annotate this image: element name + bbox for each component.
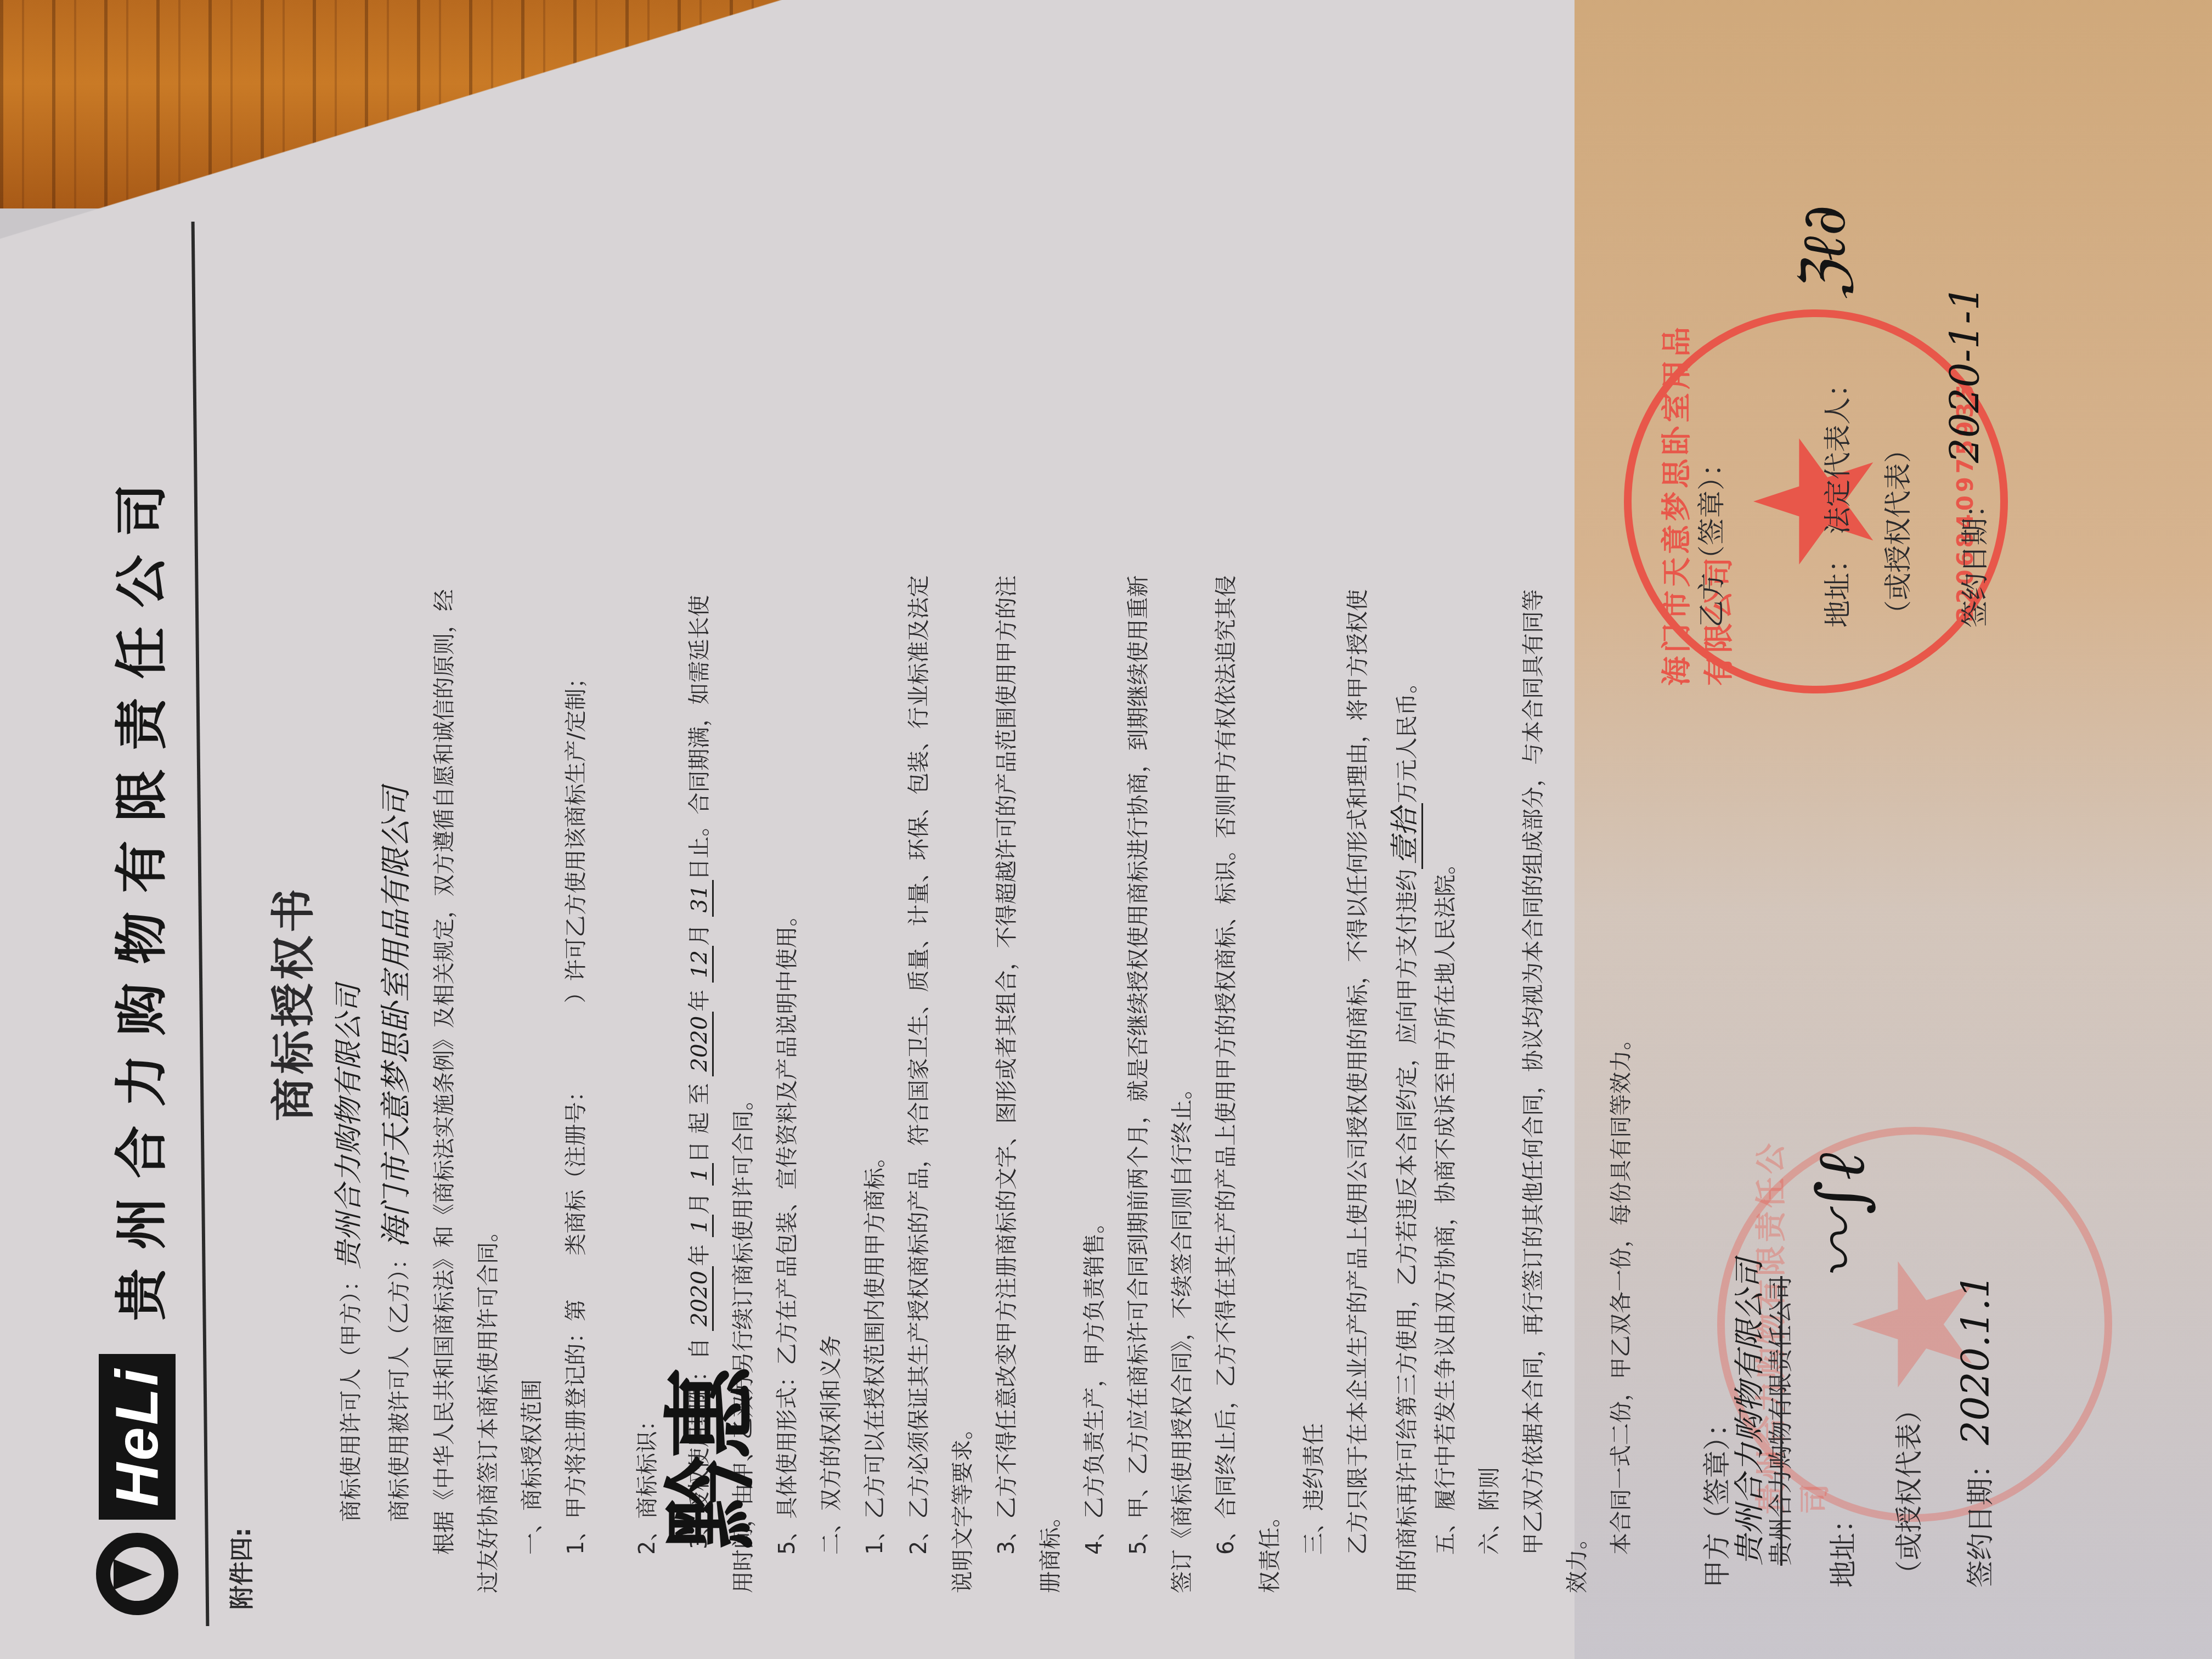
section6-heading: 六、附则	[1479, 1467, 1500, 1555]
header-divider	[191, 222, 210, 1626]
company-header: 贵州合力购物有限责任公司	[100, 465, 175, 1321]
party-a-name-printed: 贵州合力购物有限责任公司	[1761, 1276, 1796, 1566]
licensee-name-handwritten: 海门市天意梦思卧室用品有限公司	[379, 787, 414, 1248]
licensor-line: 商标使用许可人（甲方）：贵州合力购物有限公司	[335, 984, 363, 1522]
licensee-line: 商标使用被许可人（乙方）：海门市天意梦思卧室用品有限公司	[381, 787, 412, 1522]
section3-heading: 三、违约责任	[1303, 1423, 1325, 1555]
party-a-date-handwritten: 2020.1.1	[1953, 1274, 1998, 1445]
clause1-5: 5、具体使用形式：乙方在产品包装、宣传资料及产品说明中使用。	[776, 905, 798, 1555]
party-b-signature: ℨℓ∂	[1788, 205, 1859, 298]
preamble-cont: 过友好协商签订本商标使用许可合同。	[477, 1220, 499, 1593]
clause3-1: 乙方只限于在本企业生产的产品上使用公司授权使用的商标，不得以任何形式和理由，将甲…	[1347, 589, 1369, 1555]
party-a-date-label: 签约日期：	[1959, 1451, 1998, 1588]
penalty-suffix: 万元人民币。	[1395, 672, 1420, 803]
logo-text: HeLi	[99, 1354, 176, 1520]
heli-logo: HeLi	[96, 1354, 178, 1615]
term-suffix: 日止。合同期满，如需延长使	[687, 595, 712, 880]
letterhead: HeLi 贵州合力购物有限责任公司	[82, 266, 192, 1615]
clause2-2-cont: 说明文字等要求。	[952, 1418, 974, 1593]
document-title: 商标授权书	[258, 885, 321, 1121]
clause2-1: 1、乙方可以在授权范围内使用甲方商标。	[864, 1146, 886, 1555]
party-a-address-label: 地址：	[1821, 1505, 1861, 1588]
party-b-address-label: 地址：	[1816, 545, 1855, 628]
heli-logo-icon	[96, 1533, 178, 1615]
term-start-month: 1	[687, 1215, 714, 1237]
clause2-3: 3、乙方不得任意改变甲方注册商标的文字、图形或者其组合，不得超越许可的产品范围使…	[996, 575, 1018, 1555]
section5: 五、履行中若发生争议由双方协商，协商不成诉至甲方所在地人民法院。	[1435, 853, 1457, 1555]
clause2-3-cont: 册商标。	[1040, 1505, 1062, 1593]
clause6-2: 本合同一式二份，甲乙双各一份，每份具有同等效力。	[1610, 1028, 1632, 1555]
clause3-1-cont: 用的商标再许可给第三方使用，乙方若违反本合同约定，应向甲方支付违约壹拾万元人民币…	[1391, 672, 1419, 1593]
penalty-amount-handwritten: 壹拾	[1389, 803, 1423, 869]
clause2-6: 6、合同终止后，乙方不得在其生产的产品上使用甲方的授权商标、标识。否则甲方有权依…	[1215, 575, 1237, 1555]
clause2-5: 5、甲、乙方应在商标许可合同到期前两个月，就是否继续授权使用商标进行协商，到期继…	[1127, 575, 1149, 1555]
section1-heading: 一、商标授权范围	[521, 1379, 543, 1555]
licensor-name-handwritten: 贵州合力购物有限公司	[332, 984, 365, 1269]
party-b-date-handwritten: 2020-1-1	[1942, 285, 1988, 463]
clause2-2: 2、乙方必须保证其生产授权商标的产品，符合国家卫生、质量、计量、环保、包装、行业…	[908, 575, 930, 1555]
term-start-year: 2020	[687, 1266, 714, 1331]
licensee-label: 商标使用被许可人（乙方）：	[387, 1248, 412, 1522]
trademark-logo: 黔惠	[636, 1369, 771, 1549]
term-end-year: 2020	[687, 1012, 714, 1076]
clause1-1: 1、甲方将注册登记的：第 类商标（注册号： ）许可乙方使用该商标生产/定制；	[565, 667, 587, 1555]
penalty-prefix: 用的商标再许可给第三方使用，乙方若违反本合同约定，应向甲方支付违约	[1395, 869, 1420, 1593]
clause2-5-cont: 签订《商标使用授权合同》，不续签合同则自行终止。	[1171, 1077, 1193, 1593]
term-end-month: 12	[687, 946, 714, 983]
party-b-date-label: 签约日期：	[1953, 490, 1993, 628]
term-start-day: 1	[687, 1163, 714, 1186]
party-b-label: 乙方（签章）：	[1690, 449, 1729, 628]
licensor-label: 商标使用许可人（甲方）：	[338, 1269, 364, 1522]
clause2-6-cont: 权责任。	[1259, 1505, 1281, 1593]
clause6-1: 甲乙双方依据本合同，再行签订的其他任何合同，协议均视为本合同的组成部分，与本合同…	[1522, 589, 1544, 1555]
clause2-4: 4、乙方负责生产，甲方负责销售。	[1084, 1212, 1105, 1555]
clause6-1-cont: 效力。	[1566, 1527, 1588, 1593]
annex-label: 附件四:	[222, 1527, 257, 1610]
party-b-rep-label: （或授权代表）	[1876, 436, 1916, 628]
party-b-legal-rep-label: 法定代表人：	[1816, 370, 1855, 534]
preamble: 根据《中华人民共和国商标法》和《商标法实施条例》及相关规定，双方遵循自愿和诚信的…	[433, 589, 455, 1555]
party-a-signature: 〰∫ℓ	[1788, 1153, 1883, 1281]
party-a-rep-label: （或授权代表）	[1887, 1396, 1927, 1588]
term-end-day: 31	[687, 880, 714, 917]
trademark-authorization-document: HeLi 贵州合力购物有限责任公司 附件四: 商标授权书 商标使用许可人（甲方）…	[71, 0, 2134, 1659]
section2-heading: 二、双方的权利和义务	[820, 1335, 842, 1555]
